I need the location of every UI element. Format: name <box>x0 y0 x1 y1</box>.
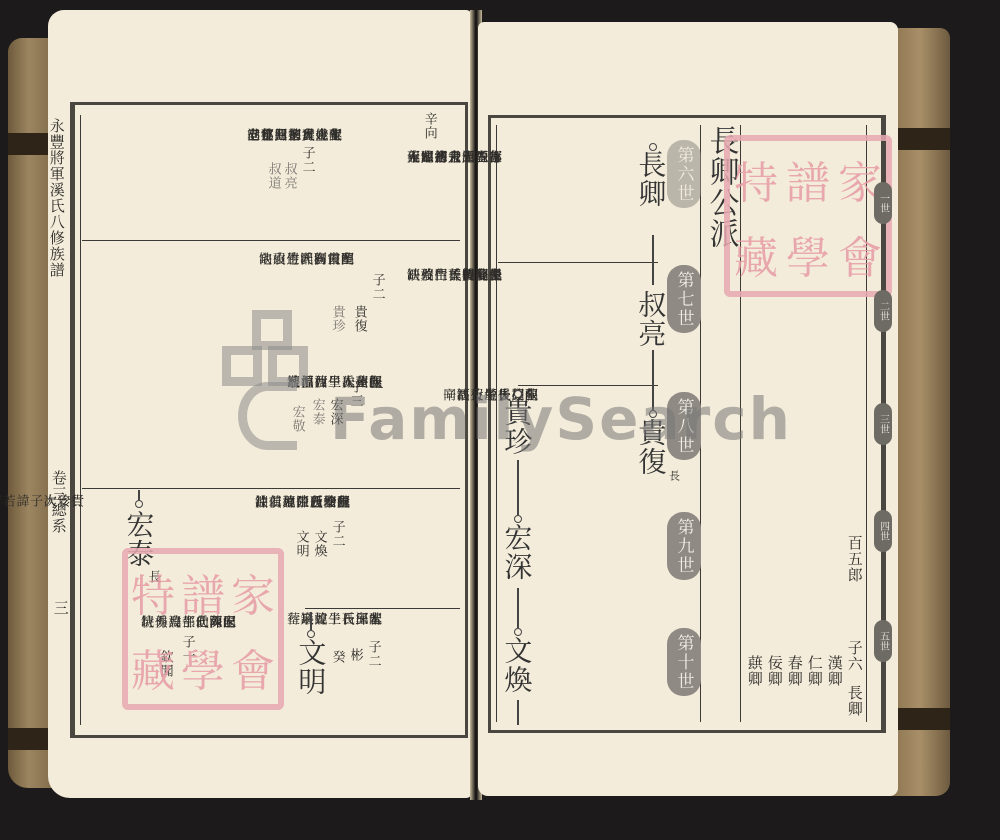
side-tab-2: 二世 <box>874 290 892 332</box>
familysearch-logo-icon <box>222 310 322 450</box>
tree-node <box>514 628 522 636</box>
entry-line: 都源潭金鈎形丙 <box>405 150 500 164</box>
entry-text: 辛向 <box>422 112 436 140</box>
person-name: 長卿 <box>636 150 665 208</box>
son-name: 文煥 <box>312 530 326 558</box>
tree-line <box>517 460 519 515</box>
sons-label: 子二 <box>366 640 380 668</box>
person-name: 宏深 <box>502 523 531 581</box>
son-name: 貴珍 <box>330 305 344 333</box>
edge-band <box>890 128 950 150</box>
sons-list: 子二 <box>300 146 314 174</box>
sons-label: 子六 <box>846 640 862 672</box>
entry-line: 俱葬門首 <box>445 268 500 282</box>
son-name: 漢卿 <box>826 655 842 687</box>
side-tab-3: 三世 <box>874 403 892 445</box>
edge-band <box>890 708 950 730</box>
generation-tab-10: 第十世 <box>667 628 701 696</box>
son-name: 佞卿 <box>766 655 782 687</box>
son-name: 叔道 <box>266 162 280 190</box>
ancestor-name: 百五郎 <box>846 535 862 583</box>
familysearch-watermark: FamilySearch <box>330 385 792 453</box>
son-name: 春卿 <box>786 655 802 687</box>
library-seal-stamp: 特譜家 藏學會 <box>122 548 284 710</box>
tree-node <box>135 500 143 508</box>
generation-tab-6: 第六世 <box>667 140 701 208</box>
son-name: 彬 <box>348 648 362 662</box>
name-suffix: 長 <box>668 470 680 482</box>
tree-line <box>517 700 519 725</box>
son-name: 文明 <box>294 530 308 558</box>
tree-line <box>517 588 519 628</box>
son-name: 長卿 <box>846 685 862 717</box>
son-name: 仁卿 <box>806 655 822 687</box>
library-seal-stamp: 特譜家 藏學會 <box>724 135 892 297</box>
side-tab-5: 五世 <box>874 620 892 662</box>
person-name: 文明 <box>296 638 325 696</box>
tree-line <box>652 235 654 285</box>
side-tab-1: 一世 <box>874 182 892 224</box>
son-name: 叔亮 <box>282 162 296 190</box>
entry-line: 背金盆形巽巳向 <box>245 128 340 142</box>
generation-tab-7: 第七世 <box>667 265 701 333</box>
son-name: 貴復 <box>352 305 366 333</box>
son-name: 蕻卿 <box>746 655 762 687</box>
row-separator <box>82 240 460 241</box>
book-fore-edge-right <box>890 28 950 796</box>
row-separator <box>82 488 460 489</box>
sons-label: 子二 <box>370 273 384 301</box>
tree-line <box>138 490 140 500</box>
page-number: 三 <box>52 600 68 616</box>
entry-line: 魚塘己口 <box>293 495 348 509</box>
sons-label: 子二 <box>330 520 344 548</box>
son-name: 癸 <box>330 650 344 664</box>
person-name: 文煥 <box>502 636 531 694</box>
sons-label: 子二 <box>300 146 314 174</box>
tree-node <box>514 515 522 523</box>
person-name: 叔亮 <box>636 290 665 348</box>
side-tab-4: 四世 <box>874 510 892 552</box>
left-margin-rule <box>80 115 81 725</box>
row-separator <box>305 608 460 609</box>
entry-line: 行安大 <box>41 494 82 508</box>
entry-line: 寅艮向 <box>311 252 352 266</box>
row-separator <box>498 262 658 263</box>
tree-node <box>307 630 315 638</box>
tree-line <box>310 612 312 630</box>
generation-tab-9: 第九世 <box>667 512 701 580</box>
book-title: 永豐將軍溪氏八修族譜 <box>48 118 64 278</box>
